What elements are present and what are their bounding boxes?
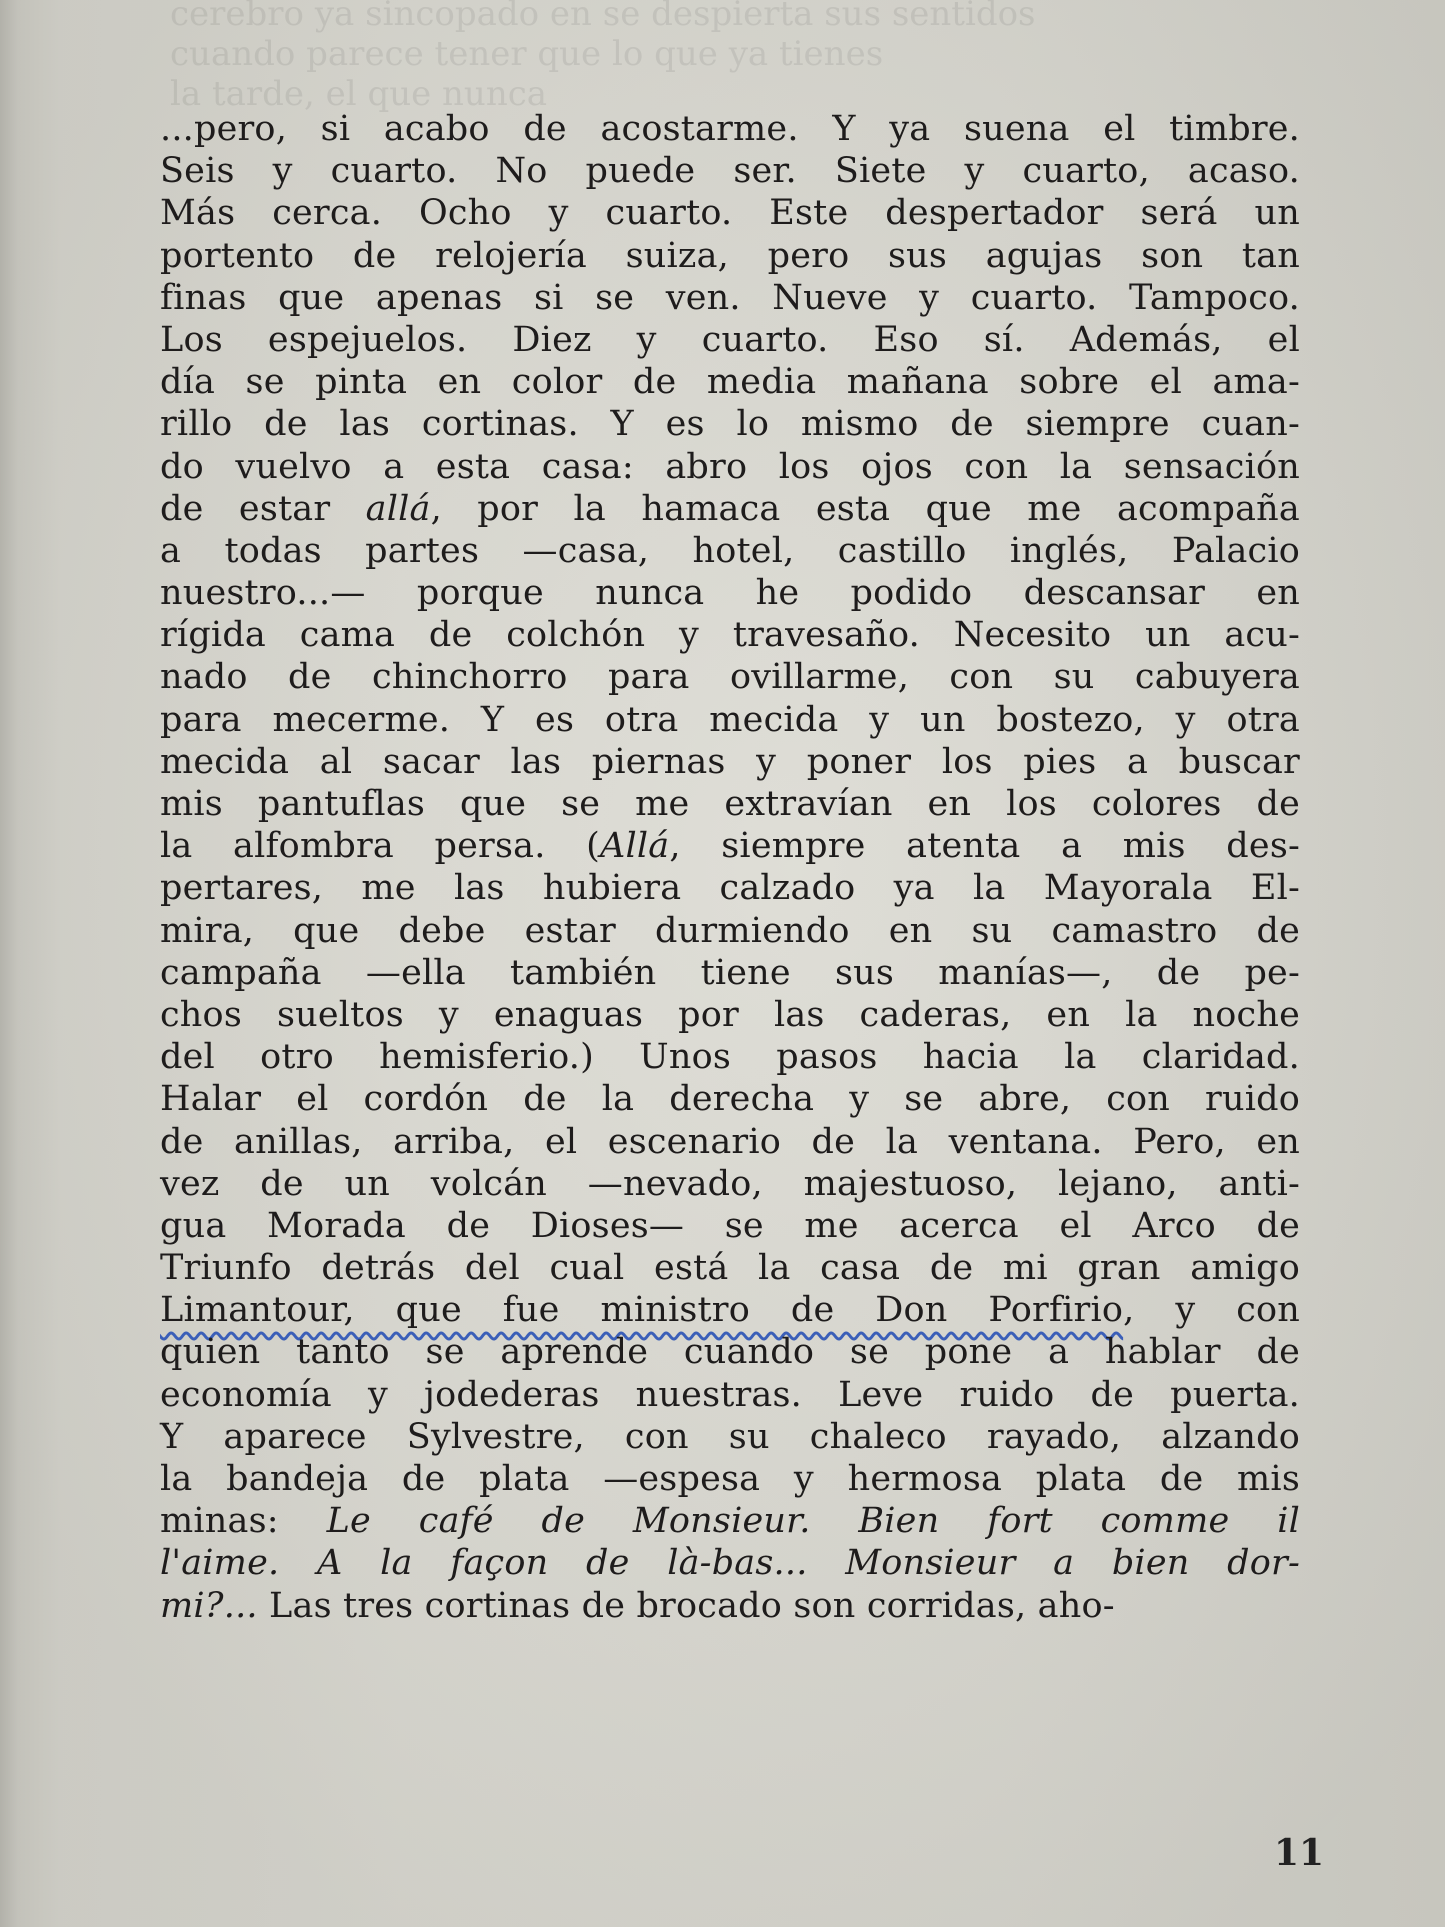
text-segment: Triunfo detrás del cual está la casa de … xyxy=(160,1248,1300,1288)
text-line: mi?... Las tres cortinas de brocado son … xyxy=(160,1585,1300,1627)
book-page-body: ...pero, si acabo de acostarme. Y ya sue… xyxy=(160,108,1300,1627)
text-segment: de estar xyxy=(160,489,366,529)
text-segment: rillo de las cortinas. Y es lo mismo de … xyxy=(160,404,1300,444)
text-line: para mecerme. Y es otra mecida y un bost… xyxy=(160,699,1300,741)
text-line: l'aime. A la façon de là-bas... Monsieur… xyxy=(160,1542,1300,1584)
text-segment: la bandeja de plata —espesa y hermosa pl… xyxy=(160,1459,1300,1499)
text-line: mira, que debe estar durmiendo en su cam… xyxy=(160,910,1300,952)
text-line: finas que apenas si se ven. Nueve y cuar… xyxy=(160,277,1300,319)
text-line: minas: Le café de Monsieur. Bien fort co… xyxy=(160,1500,1300,1542)
text-line: Los espejuelos. Diez y cuarto. Eso sí. A… xyxy=(160,319,1300,361)
text-line: la bandeja de plata —espesa y hermosa pl… xyxy=(160,1458,1300,1500)
text-line: Seis y cuarto. No puede ser. Siete y cua… xyxy=(160,150,1300,192)
text-line: día se pinta en color de media mañana so… xyxy=(160,361,1300,403)
text-line: Limantour, que fue ministro de Don Porfi… xyxy=(160,1289,1300,1331)
text-line: de estar allá, por la hamaca esta que me… xyxy=(160,488,1300,530)
bleed-through-text: cerebro ya sincopado en se despierta sus… xyxy=(170,0,1290,114)
text-segment: nado de chinchorro para ovillarme, con s… xyxy=(160,657,1300,697)
text-line: do vuelvo a esta casa: abro los ojos con… xyxy=(160,446,1300,488)
text-line: la alfombra persa. (Allá, siempre atenta… xyxy=(160,825,1300,867)
italic-text: l'aime. A la façon de là-bas... Monsieur… xyxy=(160,1543,1300,1583)
text-segment: Más cerca. Ocho y cuarto. Este despertad… xyxy=(160,193,1300,233)
text-line: a todas partes —casa, hotel, castillo in… xyxy=(160,530,1300,572)
italic-text: Le café de Monsieur. Bien fort comme il xyxy=(327,1501,1300,1541)
highlighted-underline-text: Limantour, que fue ministro de Don Porfi… xyxy=(160,1290,1123,1330)
text-segment: gua Morada de Dioses— se me acerca el Ar… xyxy=(160,1206,1300,1246)
text-segment: Halar el cordón de la derecha y se abre,… xyxy=(160,1079,1300,1119)
text-line: rígida cama de colchón y travesaño. Nece… xyxy=(160,614,1300,656)
text-segment: , y con xyxy=(1123,1290,1300,1330)
text-segment: mecida al sacar las piernas y poner los … xyxy=(160,742,1300,782)
italic-text: Allá xyxy=(600,826,669,866)
text-line: vez de un volcán —nevado, majestuoso, le… xyxy=(160,1163,1300,1205)
text-line: mis pantuflas que se me extravían en los… xyxy=(160,783,1300,825)
text-line: rillo de las cortinas. Y es lo mismo de … xyxy=(160,403,1300,445)
text-segment: mira, que debe estar durmiendo en su cam… xyxy=(160,911,1300,951)
text-segment: a todas partes —casa, hotel, castillo in… xyxy=(160,531,1300,571)
page-number: 11 xyxy=(1274,1832,1324,1874)
text-line: quien tanto se aprende cuando se pone a … xyxy=(160,1331,1300,1373)
text-segment: de anillas, arriba, el escenario de la v… xyxy=(160,1122,1300,1162)
text-line: gua Morada de Dioses— se me acerca el Ar… xyxy=(160,1205,1300,1247)
text-segment: día se pinta en color de media mañana so… xyxy=(160,362,1300,402)
text-line: Y aparece Sylvestre, con su chaleco raya… xyxy=(160,1416,1300,1458)
text-line: portento de relojería suiza, pero sus ag… xyxy=(160,235,1300,277)
text-segment: vez de un volcán —nevado, majestuoso, le… xyxy=(160,1164,1300,1204)
text-line: mecida al sacar las piernas y poner los … xyxy=(160,741,1300,783)
text-segment: ...pero, si acabo de acostarme. Y ya sue… xyxy=(160,109,1300,149)
text-segment: quien tanto se aprende cuando se pone a … xyxy=(160,1332,1300,1372)
italic-text: allá xyxy=(366,489,431,529)
text-line: Más cerca. Ocho y cuarto. Este despertad… xyxy=(160,192,1300,234)
text-line: Triunfo detrás del cual está la casa de … xyxy=(160,1247,1300,1289)
text-line: chos sueltos y enaguas por las caderas, … xyxy=(160,994,1300,1036)
text-segment: , por la hamaca esta que me acompaña xyxy=(431,489,1300,529)
text-segment: , siempre atenta a mis des- xyxy=(669,826,1300,866)
text-segment: finas que apenas si se ven. Nueve y cuar… xyxy=(160,278,1300,318)
text-line: economía y jodederas nuestras. Leve ruid… xyxy=(160,1374,1300,1416)
text-line: campaña —ella también tiene sus manías—,… xyxy=(160,952,1300,994)
text-segment: para mecerme. Y es otra mecida y un bost… xyxy=(160,700,1300,740)
text-line: de anillas, arriba, el escenario de la v… xyxy=(160,1121,1300,1163)
text-segment: campaña —ella también tiene sus manías—,… xyxy=(160,953,1300,993)
text-segment: Y aparece Sylvestre, con su chaleco raya… xyxy=(160,1417,1300,1457)
text-segment: del otro hemisferio.) Unos pasos hacia l… xyxy=(160,1037,1300,1077)
text-segment: Las tres cortinas de brocado son corrida… xyxy=(258,1586,1115,1626)
text-line: nado de chinchorro para ovillarme, con s… xyxy=(160,656,1300,698)
text-line: del otro hemisferio.) Unos pasos hacia l… xyxy=(160,1036,1300,1078)
text-line: pertares, me las hubiera calzado ya la M… xyxy=(160,867,1300,909)
italic-text: mi?... xyxy=(160,1586,258,1626)
text-segment: Seis y cuarto. No puede ser. Siete y cua… xyxy=(160,151,1300,191)
text-segment: rígida cama de colchón y travesaño. Nece… xyxy=(160,615,1300,655)
text-segment: chos sueltos y enaguas por las caderas, … xyxy=(160,995,1300,1035)
text-segment: nuestro...— porque nunca he podido desca… xyxy=(160,573,1300,613)
text-segment: economía y jodederas nuestras. Leve ruid… xyxy=(160,1375,1300,1415)
text-segment: Los espejuelos. Diez y cuarto. Eso sí. A… xyxy=(160,320,1300,360)
text-segment: mis pantuflas que se me extravían en los… xyxy=(160,784,1300,824)
text-segment: pertares, me las hubiera calzado ya la M… xyxy=(160,868,1300,908)
text-line: nuestro...— porque nunca he podido desca… xyxy=(160,572,1300,614)
text-segment: la alfombra persa. ( xyxy=(160,826,600,866)
text-line: ...pero, si acabo de acostarme. Y ya sue… xyxy=(160,108,1300,150)
text-line: Halar el cordón de la derecha y se abre,… xyxy=(160,1078,1300,1120)
text-segment: do vuelvo a esta casa: abro los ojos con… xyxy=(160,447,1300,487)
text-segment: portento de relojería suiza, pero sus ag… xyxy=(160,236,1300,276)
text-segment: minas: xyxy=(160,1501,327,1541)
